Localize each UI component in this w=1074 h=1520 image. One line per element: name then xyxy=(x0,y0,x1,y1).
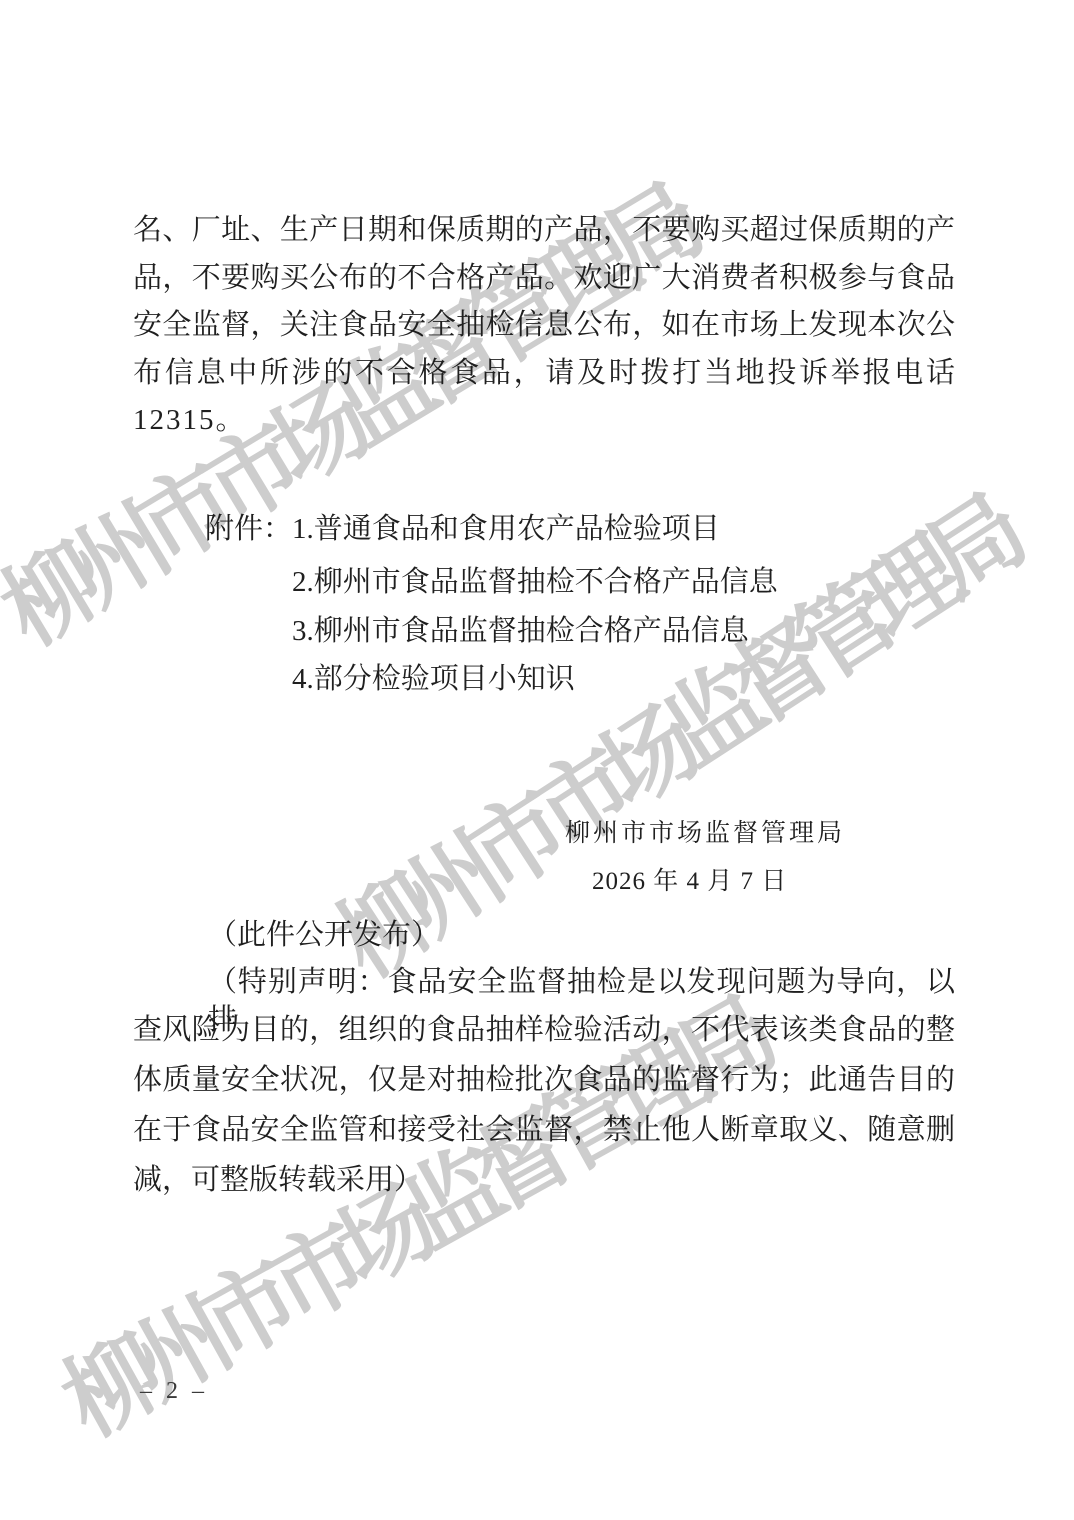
attachment-item: 2.柳州市食品监督抽检不合格产品信息 xyxy=(292,563,778,601)
document-page: 柳州市市场监督管理局 柳州市市场监督管理局 柳州市市场监督管理局 名、厂址、生产… xyxy=(0,0,1074,1520)
declaration-line: 在于食品安全监管和接受社会监督，禁止他人断章取义、随意删 xyxy=(133,1111,955,1149)
body-paragraph-line: 安全监督，关注食品安全抽检信息公布，如在市场上发现本次公 xyxy=(133,306,955,344)
attachment-label: 附件： xyxy=(205,513,292,545)
attachment-line: 附件：1.普通食品和食用农产品检验项目 xyxy=(205,510,720,548)
declaration-line: 减，可整版转载采用） xyxy=(133,1161,423,1199)
declaration-line: 体质量安全状况，仅是对抽检批次食品的监督行为；此通告目的 xyxy=(133,1061,955,1099)
attachment-item: 1.普通食品和食用农产品检验项目 xyxy=(292,513,720,545)
body-paragraph-line: 12315。 xyxy=(133,401,247,439)
signature-issuer: 柳州市市场监督管理局 xyxy=(565,815,845,853)
attachment-item: 3.柳州市食品监督抽检合格产品信息 xyxy=(292,612,749,650)
page-number: – 2 – xyxy=(140,1372,208,1410)
body-paragraph-line: 名、厂址、生产日期和保质期的产品，不要购买超过保质期的产 xyxy=(133,211,955,249)
declaration-line: 查风险为目的，组织的食品抽样检验活动，不代表该类食品的整 xyxy=(133,1011,955,1049)
body-paragraph-line: 布信息中所涉的不合格食品，请及时拨打当地投诉举报电话 xyxy=(133,354,955,392)
attachment-item: 4.部分检验项目小知识 xyxy=(292,660,575,698)
body-paragraph-line: 品，不要购买公布的不合格产品。欢迎广大消费者积极参与食品 xyxy=(133,259,955,297)
signature-date: 2026 年 4 月 7 日 xyxy=(592,863,787,901)
public-release-note: （此件公开发布） xyxy=(208,916,440,954)
